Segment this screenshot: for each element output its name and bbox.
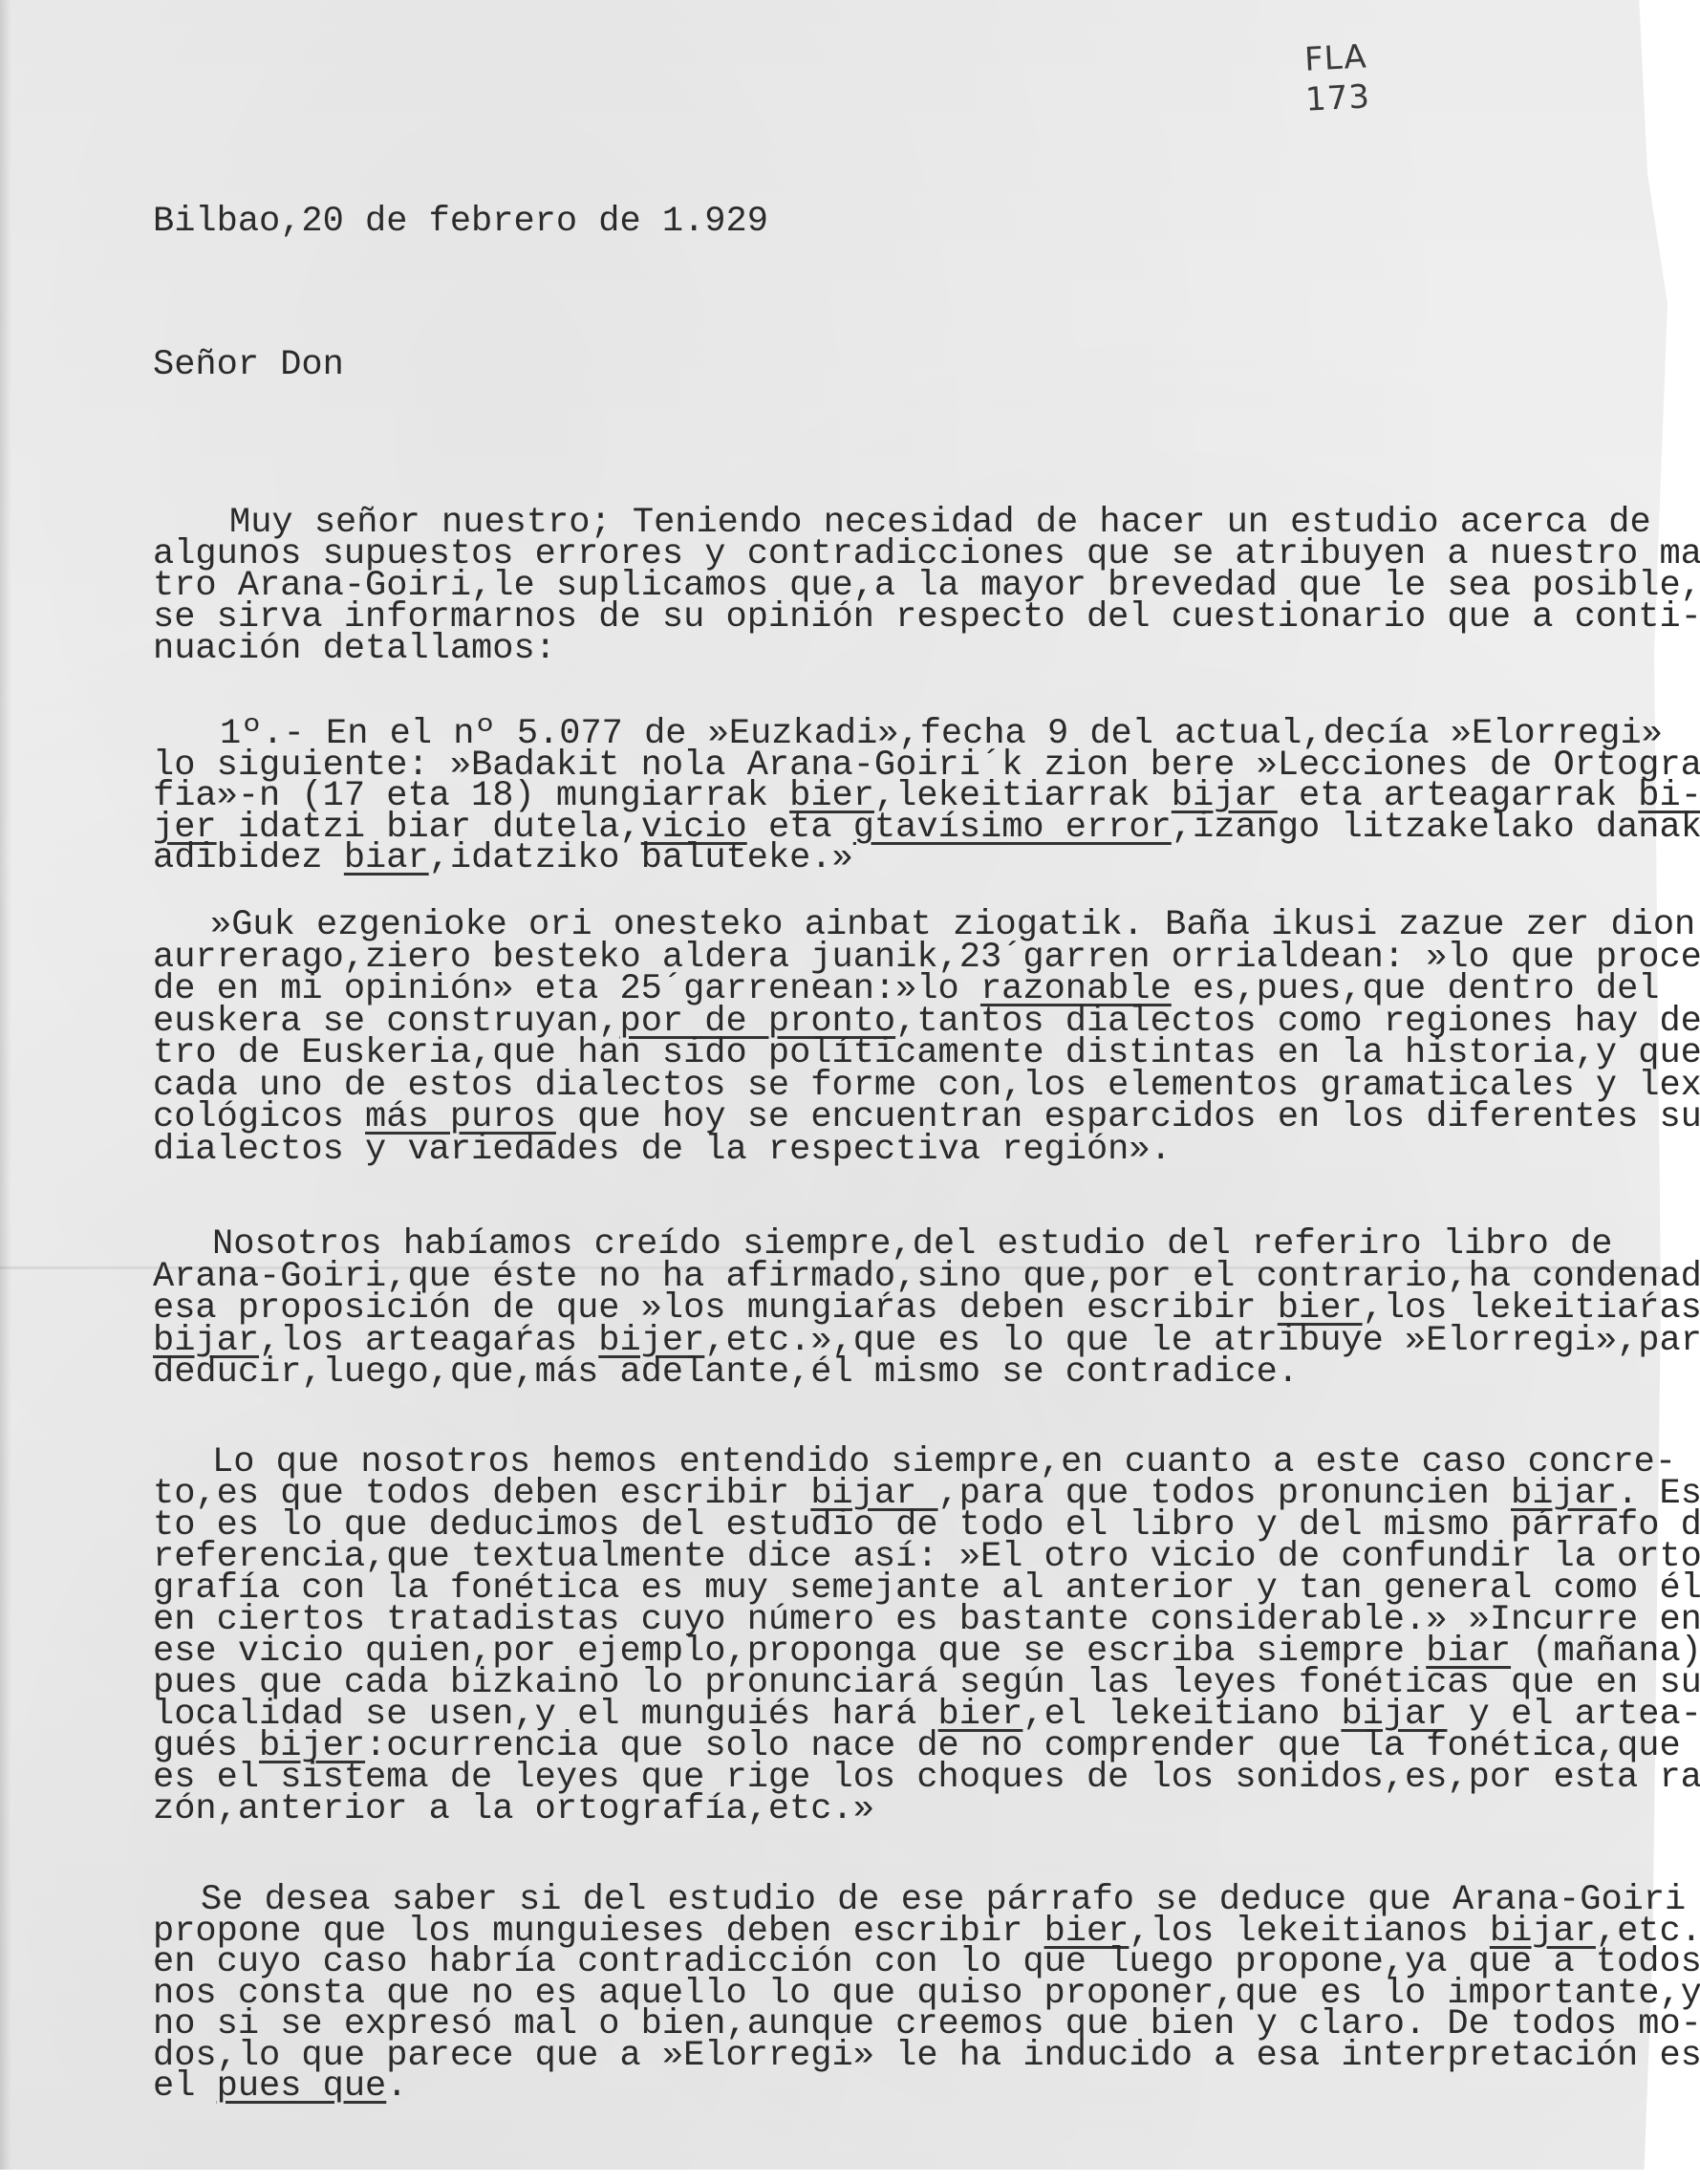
archive-mark-line-2: 173 (1304, 76, 1371, 119)
text-line: adibidez biar,idatziko baluteke.» (153, 839, 853, 877)
text-run: dialectos y variedades de la respectiva … (153, 1130, 1172, 1170)
text-run: zón,anterior a la ortografía,etc.» (153, 1789, 874, 1829)
underlined-term: biar (344, 838, 429, 878)
underlined-term: pues que (217, 2066, 387, 2107)
typed-letter: Bilbao,20 de febrero de 1.929 Señor Don … (0, 0, 42, 201)
underlined-term: gtavísimo error (853, 808, 1172, 848)
text-run: nuación detallamos: (153, 629, 556, 669)
text-run: ,idatziko baluteke.» (429, 838, 853, 878)
text-run: adibidez (153, 838, 344, 878)
text-run: el (153, 2066, 217, 2107)
salutation: Señor Don (153, 346, 344, 384)
text-run: . (386, 2066, 407, 2107)
text-line: dialectos y variedades de la respectiva … (153, 1131, 1172, 1169)
place-date: Bilbao,20 de febrero de 1.929 (153, 203, 768, 241)
archive-mark-line-1: FLA (1302, 36, 1369, 79)
text-run: ,izango litzakelako danak (1172, 808, 1700, 848)
text-line: nuación detallamos: (153, 630, 556, 668)
archive-reference-mark: FLA 173 (1302, 36, 1371, 119)
text-line: zón,anterior a la ortografía,etc.» (153, 1790, 874, 1828)
text-line: deducir,luego,que,más adelante,él mismo … (153, 1353, 1299, 1392)
text-line: el pues que. (153, 2067, 407, 2106)
text-run: deducir,luego,que,más adelante,él mismo … (153, 1352, 1299, 1393)
